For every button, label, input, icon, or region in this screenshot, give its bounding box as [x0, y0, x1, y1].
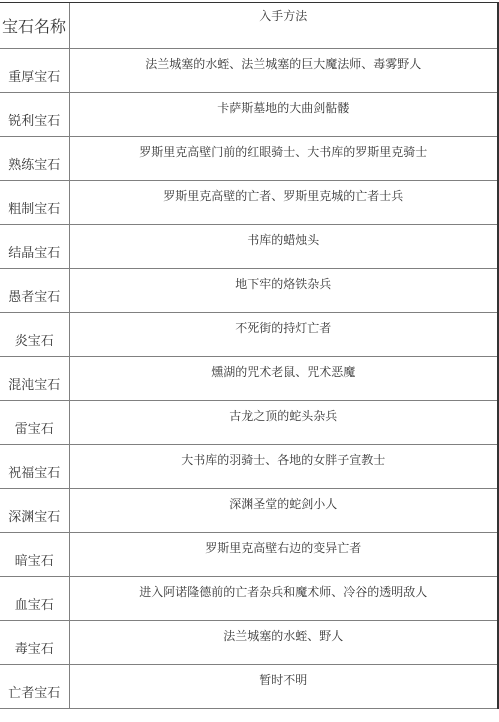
table-row: 粗制宝石 罗斯里克高壁的亡者、罗斯里克城的亡者士兵 — [0, 180, 497, 224]
acquisition-method-cell: 书库的蜡烛头 — [69, 224, 497, 268]
acquisition-method-cell: 进入阿诺隆德前的亡者杂兵和魔术师、冷谷的透明敌人 — [69, 576, 497, 620]
gem-name-cell: 愚者宝石 — [0, 268, 69, 312]
gem-name-cell: 深渊宝石 — [0, 488, 69, 532]
acquisition-method-cell: 不死街的持灯亡者 — [69, 312, 497, 356]
gem-name-cell: 混沌宝石 — [0, 356, 69, 400]
acquisition-method-cell: 古龙之顶的蛇头杂兵 — [69, 400, 497, 444]
acquisition-method-cell: 燻湖的咒术老鼠、咒术恶魔 — [69, 356, 497, 400]
gem-name-cell: 熟练宝石 — [0, 136, 69, 180]
gem-name-cell: 亡者宝石 — [0, 664, 69, 708]
table-row: 愚者宝石 地下牢的烙铁杂兵 — [0, 268, 497, 312]
acquisition-method-cell: 卡萨斯墓地的大曲剑骷髅 — [69, 92, 497, 136]
acquisition-method-cell: 暂时不明 — [69, 664, 497, 708]
table-row: 亡者宝石 暂时不明 — [0, 664, 497, 708]
gem-name-cell: 锐利宝石 — [0, 92, 69, 136]
acquisition-method-cell: 深渊圣堂的蛇剑小人 — [69, 488, 497, 532]
acquisition-method-cell: 地下牢的烙铁杂兵 — [69, 268, 497, 312]
gem-name-cell: 祝福宝石 — [0, 444, 69, 488]
gem-name-cell: 暗宝石 — [0, 532, 69, 576]
table-row: 锐利宝石 卡萨斯墓地的大曲剑骷髅 — [0, 92, 497, 136]
header-gem-name: 宝石名称 — [0, 3, 69, 48]
table-row: 深渊宝石 深渊圣堂的蛇剑小人 — [0, 488, 497, 532]
table-row: 雷宝石 古龙之顶的蛇头杂兵 — [0, 400, 497, 444]
table-row: 重厚宝石 法兰城塞的水蛭、法兰城塞的巨大魔法师、毒雾野人 — [0, 48, 497, 92]
acquisition-method-cell: 法兰城塞的水蛭、法兰城塞的巨大魔法师、毒雾野人 — [69, 48, 497, 92]
acquisition-method-cell: 大书库的羽骑士、各地的女胖子宣教士 — [69, 444, 497, 488]
table-row: 熟练宝石 罗斯里克高壁门前的红眼骑士、大书库的罗斯里克骑士 — [0, 136, 497, 180]
table-row: 血宝石 进入阿诺隆德前的亡者杂兵和魔术师、冷谷的透明敌人 — [0, 576, 497, 620]
gem-name-cell: 血宝石 — [0, 576, 69, 620]
table-row: 祝福宝石 大书库的羽骑士、各地的女胖子宣教士 — [0, 444, 497, 488]
gem-name-cell: 粗制宝石 — [0, 180, 69, 224]
table-row: 结晶宝石 书库的蜡烛头 — [0, 224, 497, 268]
table-row: 毒宝石 法兰城塞的水蛭、野人 — [0, 620, 497, 664]
gem-name-cell: 雷宝石 — [0, 400, 69, 444]
table-row: 混沌宝石 燻湖的咒术老鼠、咒术恶魔 — [0, 356, 497, 400]
gem-name-cell: 结晶宝石 — [0, 224, 69, 268]
gem-acquisition-table-container: 宝石名称 入手方法 重厚宝石 法兰城塞的水蛭、法兰城塞的巨大魔法师、毒雾野人 锐… — [0, 2, 499, 709]
acquisition-method-cell: 罗斯里克高壁右边的变异亡者 — [69, 532, 497, 576]
table-row: 炎宝石 不死街的持灯亡者 — [0, 312, 497, 356]
gem-name-cell: 重厚宝石 — [0, 48, 69, 92]
table-header-row: 宝石名称 入手方法 — [0, 3, 497, 48]
gem-acquisition-table: 宝石名称 入手方法 重厚宝石 法兰城塞的水蛭、法兰城塞的巨大魔法师、毒雾野人 锐… — [0, 3, 497, 709]
table-row: 暗宝石 罗斯里克高壁右边的变异亡者 — [0, 532, 497, 576]
gem-name-cell: 毒宝石 — [0, 620, 69, 664]
header-acquisition-method: 入手方法 — [69, 3, 497, 48]
acquisition-method-cell: 法兰城塞的水蛭、野人 — [69, 620, 497, 664]
gem-name-cell: 炎宝石 — [0, 312, 69, 356]
acquisition-method-cell: 罗斯里克高壁的亡者、罗斯里克城的亡者士兵 — [69, 180, 497, 224]
acquisition-method-cell: 罗斯里克高壁门前的红眼骑士、大书库的罗斯里克骑士 — [69, 136, 497, 180]
